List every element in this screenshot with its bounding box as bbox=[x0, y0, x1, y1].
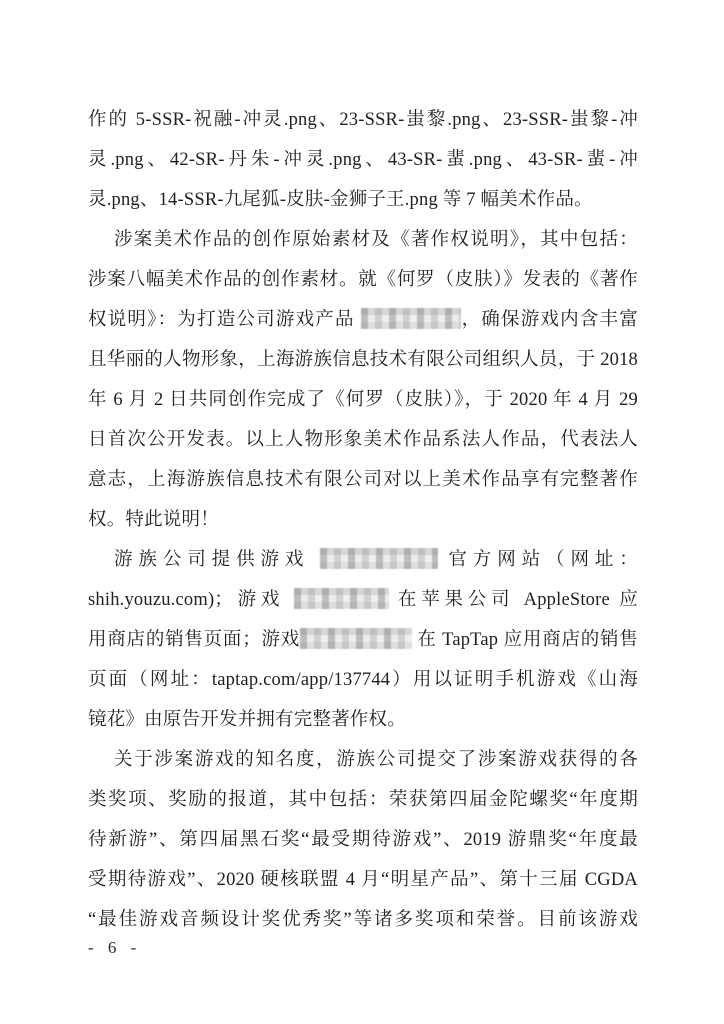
document-line: 灵.png、14-SSR-九尾狐-皮肤-金狮子王.png 等 7 幅美术作品。 bbox=[88, 180, 638, 220]
document-line: 用商店的销售页面；游戏 在 TapTap 应用商店的销售 bbox=[88, 620, 638, 660]
text-run: 日首次公开发表。以上人物形象美术作品系法人作品，代表法人 bbox=[88, 430, 638, 450]
document-body: 作的 5-SSR-祝融-冲灵.png、23-SSR-蚩黎.png、23-SSR-… bbox=[88, 100, 638, 940]
redacted-text bbox=[300, 628, 412, 649]
document-line: shih.youzu.com)；游戏 在苹果公司 AppleStore 应 bbox=[88, 580, 638, 620]
text-run: 在 TapTap 应用商店的销售 bbox=[412, 630, 638, 650]
document-line: 权。特此说明！ bbox=[88, 500, 638, 540]
text-run: 类奖项、奖励的报道，其中包括：荣获第四届金陀螺奖“年度期 bbox=[88, 790, 638, 810]
text-run: 权。特此说明！ bbox=[88, 510, 219, 530]
document-line: 待新游”、第四届黑石奖“最受期待游戏”、2019 游鼎奖“年度最 bbox=[88, 820, 638, 860]
document-line: 意志，上海游族信息技术有限公司对以上美术作品享有完整著作 bbox=[88, 460, 638, 500]
text-run: 涉案美术作品的创作原始素材及《著作权说明》，其中包括： bbox=[114, 230, 638, 250]
text-run: 作的 5-SSR-祝融-冲灵.png、23-SSR-蚩黎.png、23-SSR-… bbox=[88, 110, 638, 130]
text-run: 待新游”、第四届黑石奖“最受期待游戏”、2019 游鼎奖“年度最 bbox=[88, 830, 638, 850]
text-run: 在苹果公司 AppleStore 应 bbox=[389, 590, 638, 610]
document-line: 作的 5-SSR-祝融-冲灵.png、23-SSR-蚩黎.png、23-SSR-… bbox=[88, 100, 638, 140]
page-number: - 6 - bbox=[88, 936, 141, 960]
text-run: 受期待游戏”、2020 硬核联盟 4 月“明星产品”、第十三届 CGDA bbox=[88, 870, 638, 890]
document-line: 涉案八幅美术作品的创作素材。就《何罗（皮肤）》发表的《著作 bbox=[88, 260, 638, 300]
text-run: “最佳游戏音频设计奖优秀奖”等诸多奖项和荣誉。目前该游戏 bbox=[88, 910, 638, 930]
text-run: 且华丽的人物形象，上海游族信息技术有限公司组织人员，于 2018 bbox=[88, 350, 638, 370]
text-run: 意志，上海游族信息技术有限公司对以上美术作品享有完整著作 bbox=[88, 470, 638, 490]
redacted-text bbox=[294, 588, 389, 609]
document-line: 灵.png、42-SR-丹朱-冲灵.png、43-SR-蜚.png、43-SR-… bbox=[88, 140, 638, 180]
text-run: 游族公司提供游戏 bbox=[114, 550, 320, 570]
text-run: 用商店的销售页面；游戏 bbox=[88, 630, 300, 650]
text-run: 页面（网址：taptap.com/app/137744）用以证明手机游戏《山海 bbox=[88, 670, 638, 690]
text-run: 年 6 月 2 日共同创作完成了《何罗（皮肤）》，于 2020 年 4 月 29 bbox=[88, 390, 638, 410]
text-run: ，确保游戏内含丰富 bbox=[461, 310, 638, 330]
document-line: 日首次公开发表。以上人物形象美术作品系法人作品，代表法人 bbox=[88, 420, 638, 460]
text-run: 镜花》由原告开发并拥有完整著作权。 bbox=[88, 710, 406, 730]
document-line: 权说明》：为打造公司游戏产品 ，确保游戏内含丰富 bbox=[88, 300, 638, 340]
document-line: 受期待游戏”、2020 硬核联盟 4 月“明星产品”、第十三届 CGDA bbox=[88, 860, 638, 900]
document-line: 类奖项、奖励的报道，其中包括：荣获第四届金陀螺奖“年度期 bbox=[88, 780, 638, 820]
text-run: 权说明》：为打造公司游戏产品 bbox=[88, 310, 361, 330]
document-line: “最佳游戏音频设计奖优秀奖”等诸多奖项和荣誉。目前该游戏 bbox=[88, 900, 638, 940]
redacted-text bbox=[361, 308, 461, 329]
document-line: 镜花》由原告开发并拥有完整著作权。 bbox=[88, 700, 638, 740]
document-line: 涉案美术作品的创作原始素材及《著作权说明》，其中包括： bbox=[88, 220, 638, 260]
text-run: 关于涉案游戏的知名度，游族公司提交了涉案游戏获得的各 bbox=[114, 750, 638, 770]
document-line: 游族公司提供游戏 官方网站（网址： bbox=[88, 540, 638, 580]
document-line: 年 6 月 2 日共同创作完成了《何罗（皮肤）》，于 2020 年 4 月 29 bbox=[88, 380, 638, 420]
text-run: shih.youzu.com)；游戏 bbox=[88, 590, 294, 610]
text-run: 官方网站（网址： bbox=[438, 550, 638, 570]
text-run: 涉案八幅美术作品的创作素材。就《何罗（皮肤）》发表的《著作 bbox=[88, 270, 638, 290]
redacted-text bbox=[320, 548, 438, 569]
text-run: 灵.png、42-SR-丹朱-冲灵.png、43-SR-蜚.png、43-SR-… bbox=[88, 150, 638, 170]
document-line: 页面（网址：taptap.com/app/137744）用以证明手机游戏《山海 bbox=[88, 660, 638, 700]
document-line: 关于涉案游戏的知名度，游族公司提交了涉案游戏获得的各 bbox=[88, 740, 638, 780]
text-run: 灵.png、14-SSR-九尾狐-皮肤-金狮子王.png 等 7 幅美术作品。 bbox=[88, 190, 593, 210]
document-line: 且华丽的人物形象，上海游族信息技术有限公司组织人员，于 2018 bbox=[88, 340, 638, 380]
document-page: 作的 5-SSR-祝融-冲灵.png、23-SSR-蚩黎.png、23-SSR-… bbox=[0, 0, 724, 1024]
